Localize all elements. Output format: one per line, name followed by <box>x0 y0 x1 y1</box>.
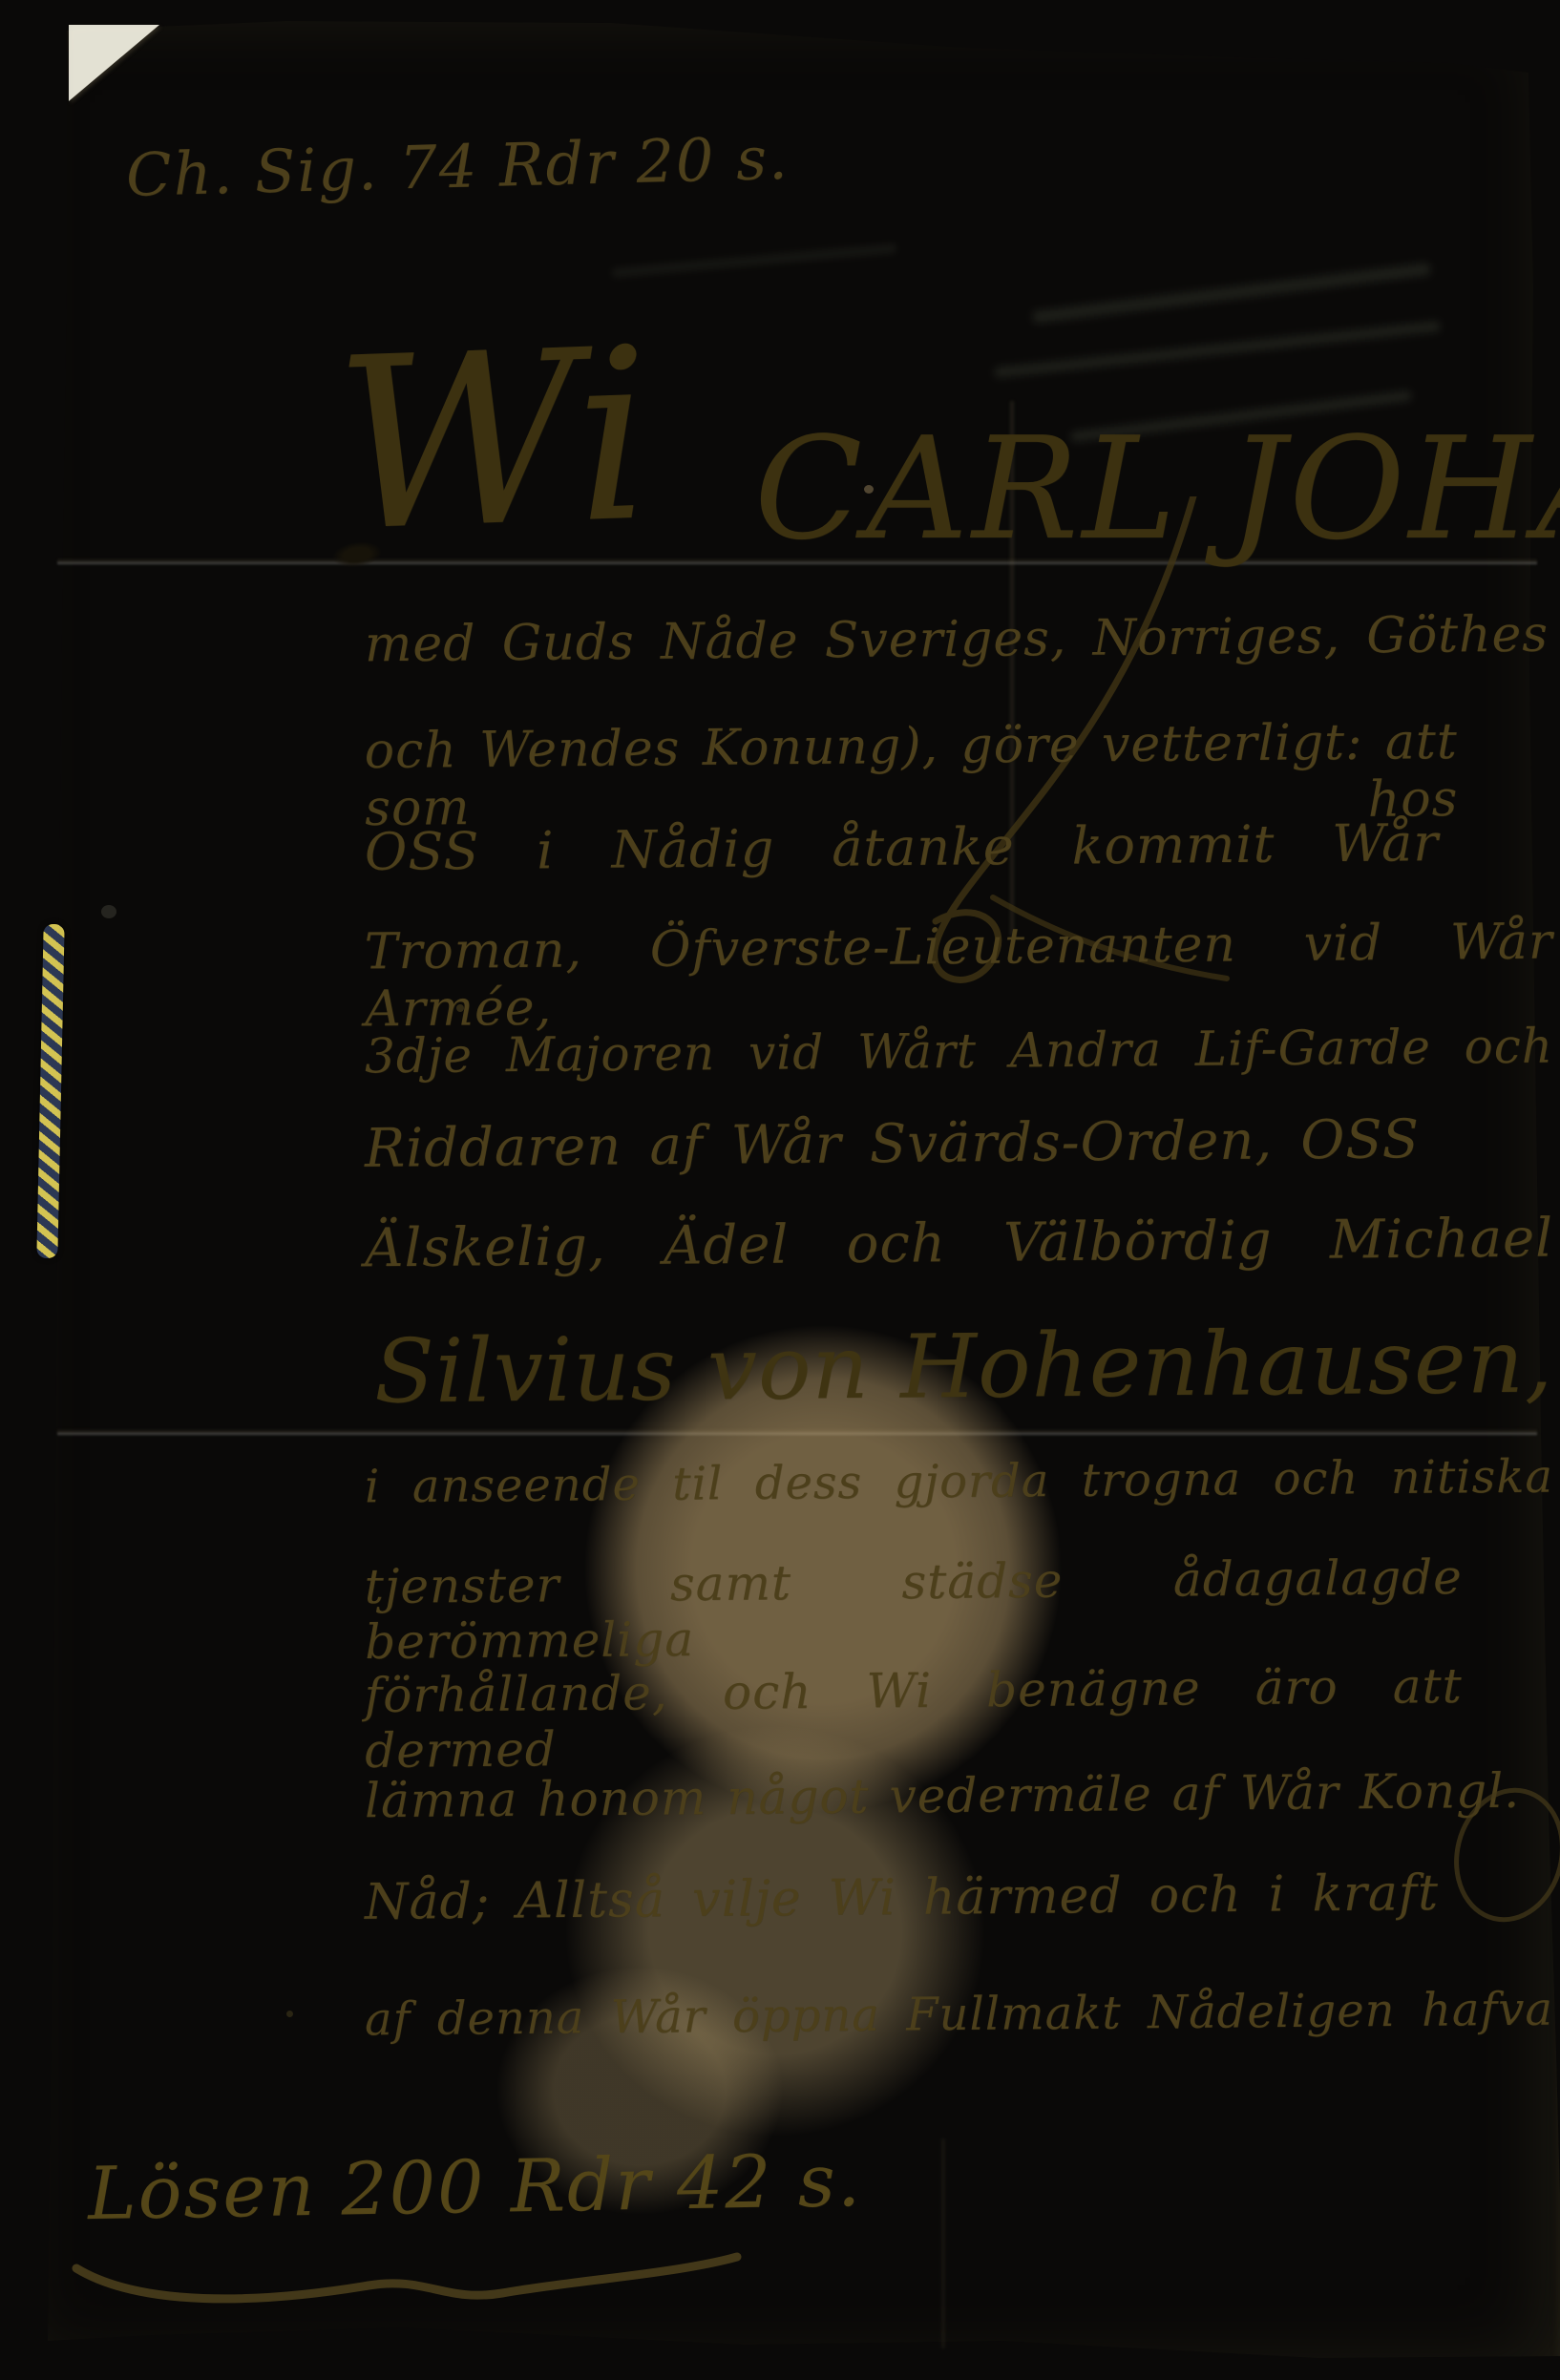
manuscript-line: 3dje Majoren vid Wårt Andra Lif-Garde oc… <box>365 1019 1553 1085</box>
manuscript-line: Nåd; Alltså vilje Wi härmed och i kraft <box>365 1864 1439 1931</box>
manuscript-line: tjenster samt städse ådagalagde berömmel… <box>365 1549 1464 1670</box>
manuscript-line: i anseende til dess gjorda trogna och ni… <box>365 1450 1553 1514</box>
paper-speck <box>101 905 116 918</box>
fold-crease <box>941 2138 945 2348</box>
manuscript-line: OSS i Nådig åtanke kommit Wår <box>365 812 1440 882</box>
manuscript-line: med Guds Nåde Sveriges, Norriges, Göthes <box>365 606 1549 674</box>
fold-crease <box>57 1428 1537 1436</box>
manuscript-line: Riddaren af Wår Svärds-Orden, OSS <box>365 1108 1421 1180</box>
corner-fold <box>69 25 159 101</box>
manuscript-line: förhållande, och Wi benägne äro att derm… <box>365 1658 1464 1779</box>
manuscript-line-name: Silvius von Hohenhausen, <box>374 1311 1554 1423</box>
manuscript-line: lämna honom något vedermäle af Wår Kongl… <box>365 1763 1520 1829</box>
redemption-fee-note: Lösen 200 Rdr 42 s. <box>87 2138 862 2236</box>
heading-royal-we: Wi <box>332 317 655 564</box>
paper-speck <box>286 2011 293 2017</box>
manuscript-line: af denna Wår öppna Fullmakt Nådeligen ha… <box>365 1983 1553 2047</box>
manuscript-line: Älskelig, Ädel och Välbördig Michael <box>365 1208 1554 1280</box>
heading-king-name: CARL JOHAN, <box>754 405 1560 575</box>
photo-of-manuscript: Ch. Sig. 74 Rdr 20 s. Wi CARL JOHAN, med… <box>0 0 1560 2380</box>
